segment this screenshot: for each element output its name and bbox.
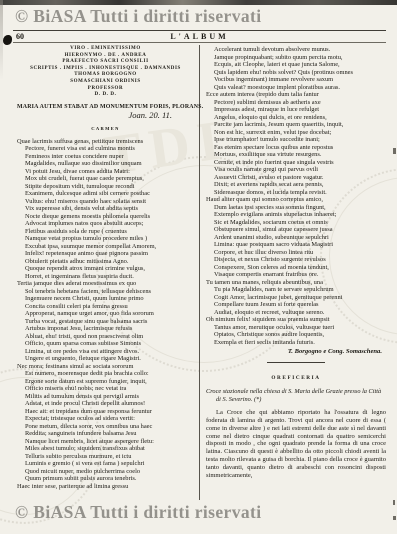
poem-line: Pectore) sublimi demissus ab aetheris ax…: [206, 99, 386, 107]
ink-blot-artifact: [3, 35, 12, 45]
poem-line: Sidereasque domos, et lucida templa revi…: [206, 189, 386, 197]
poem-line: Disjecta, et nexus Christo surgente revu…: [206, 256, 386, 264]
watermark-top: © BiASA Tutti i diritti riservati: [15, 6, 262, 27]
poem-line: Tu tamen una manes, reliquis abeuntibus,…: [206, 279, 386, 287]
poem-line: Ipse triumphator! tumulo succedite inani…: [206, 136, 386, 144]
poem-line: Haud aliter quam qui somno correptus ami…: [206, 196, 386, 204]
poem-line: Optatos, Christique sonos audire loquent…: [206, 331, 386, 339]
column-divider: [199, 45, 200, 500]
poem-line: Tertia jamque dies aderat moestissimus e…: [17, 280, 194, 288]
poem-line: Expectat; tristesque oculos ad sidera ve…: [17, 415, 194, 423]
dedication-line: HIERONYMO . DE . ANDREA: [17, 53, 194, 60]
poem-line: Mox ubi crudeli, fuerat quae caede perem…: [17, 175, 194, 183]
poem-right: Accelerant tumuli devotum absolvere munu…: [206, 46, 386, 346]
poem-line: Namque licet membris, licet atque asperg…: [17, 438, 194, 446]
poem-line: Excubat ipsa, suumque memor compellat Am…: [17, 243, 194, 251]
poem-line: Sic et Magdalides, sociarum coetus et om…: [206, 219, 386, 227]
poem-line: Abluat, ehu! tristi, quod non praesciver…: [17, 333, 194, 341]
poem-line: Angelus, eloquio qui dulcis, et ore reni…: [206, 114, 386, 122]
poem-line: Tu pia Magdalides, nam te servare sepulc…: [206, 286, 386, 294]
section-divider: [267, 362, 325, 363]
poem-line: Artubus imponat Jesu, lacrimisque refusi…: [17, 325, 194, 333]
poem-line: Jamque propinquabant; subito quum percit…: [206, 54, 386, 62]
poem-line: Horret, et ingeminans fletus suspiria du…: [17, 273, 194, 281]
poem-line: Officio miseris ehu! nobis; nec vetat ir…: [17, 385, 194, 393]
poem-line: Compellare tuum Jesum si forte querelas: [206, 301, 386, 309]
left-column: VIRO . EMINENTISSIMOHIERONYMO . DE . AND…: [17, 44, 194, 490]
poem-line: Advocat implumes natos quos abstulit auc…: [17, 220, 194, 228]
dedication-line: SOMASCHIANI ORDINIS: [17, 79, 194, 86]
poem-line: Nec mora; festinans simul ac sociata sor…: [17, 363, 194, 371]
article-paragraph: La Croce che qui abbiamo riportato ha l'…: [206, 409, 386, 479]
poem-line: Dixit; et avertens rapidis secat aera pe…: [206, 181, 386, 189]
poem-line: Exanimem, dulcesque adimi sibi cernere p…: [17, 190, 194, 198]
page-header: 60 L'ALBUM: [13, 32, 386, 42]
poem-line: Tantus amor, meruitque oculos, vultusque…: [206, 324, 386, 332]
article-heading: OREFICERIA: [206, 375, 386, 381]
poem-line: Quae lacrimis suffusa genas, petiitque t…: [17, 138, 194, 146]
poem-line: Extemplo evigilans animis stupefactus in…: [206, 211, 386, 219]
poem-line: Militis ad tumulum densis qui pervigil a…: [17, 393, 194, 401]
poem-line: Cogit Amor, lacrimisque jubet, gemituque…: [206, 294, 386, 302]
epigraph-reference: Joan. 20. 11.: [17, 110, 194, 121]
epigraph: MARIA AUTEM STABAT AD MONUMENTUM FORIS, …: [17, 104, 194, 110]
scan-edge-mark: [393, 148, 396, 154]
poem-line: Turba vocat, gestatque sinu quae balsama…: [17, 318, 194, 326]
article-subtitle: Croce stazionale nella chiesa di S. Mari…: [206, 388, 386, 403]
poem-line: Officio, quum sparsa comas subiisse Simo…: [17, 340, 194, 348]
poem-line: Magdalides, nullaque suo dissimilior unq…: [17, 160, 194, 168]
poem-line: Nocte dieque gemens moestis philomela qu…: [17, 213, 194, 221]
poem-line: Corpore, et huc illuc diverso lintea rit…: [206, 249, 386, 257]
poem-line: Stipite depositum vidit, tumuloque recon…: [17, 183, 194, 191]
dedication-line: SCRIPTIS . IMPIIS . INHONESTISQUE . DAMN…: [17, 66, 194, 73]
poem-line: Ingemuere necem Christi, quum lumine pri…: [17, 295, 194, 303]
poem-line: Accelerant tumuli devotum absolvere munu…: [206, 46, 386, 54]
dedication-block: VIRO . EMINENTISSIMOHIERONYMO . DE . AND…: [17, 44, 194, 99]
poem-line: Quis lapidem ehu! nobis solvet? Quis (pr…: [206, 69, 386, 77]
scan-edge-artifact: [0, 0, 397, 5]
poem-line: Limina: quae postquam sacro viduata Magi…: [206, 241, 386, 249]
poem-line: Impressus adest, miraque in luce refulge…: [206, 106, 386, 114]
poem-line: Est numero, moerensque dedit pia brachia…: [17, 370, 194, 378]
watermark-bottom: © BiASA Tutti i diritti riservati: [15, 502, 262, 523]
poem-line: Ardent unanimi studio, subeuntque sepulc…: [206, 234, 386, 242]
poem-line: Reddita; sanguineis infundere balsama Je…: [17, 430, 194, 438]
poem-line: Oh nimium felix! siquidem sua praemia su…: [206, 316, 386, 324]
poem-line: Obstupuere simul, simul atque capessere …: [206, 226, 386, 234]
right-column: Accelerant tumuli devotum absolvere munu…: [206, 44, 386, 479]
dedication-line: D. D. D.: [17, 92, 194, 99]
poem-line: Ungere et unguento, fletuque rigare Magi…: [17, 355, 194, 363]
poem-line: Dum laetas ipsi species sua somnia fingu…: [206, 204, 386, 212]
poem-line: Cernite, et inde pio fuerint quae singul…: [206, 159, 386, 167]
poem-line: Visaque compertis enarrant fratribus ore…: [206, 271, 386, 279]
poem-line: Assuevit Christi, avulso et pastore vaga…: [206, 174, 386, 182]
scanned-page: TDI © BiASA Tutti i diritti riservati 60…: [0, 0, 397, 534]
poem-left: Quae lacrimis suffusa genas, petiitque t…: [17, 138, 194, 491]
dedication-line: PRAEFECTO SACRI CONSILII: [17, 59, 194, 66]
poem-line: Quis valeat? moestoque implent ploratibu…: [206, 84, 386, 92]
poem-line: Vix superesse sibi, densis velut abdita …: [17, 205, 194, 213]
poem-line: Luminis e gremio ( si vera est fama ) se…: [17, 460, 194, 468]
poem-line: Concita consilii celeri pia femina gress…: [17, 303, 194, 311]
poem-line: Haec ait: et trepidans dum quae responsa…: [17, 408, 194, 416]
poem-line: Ecquis, ait Cleophe, lateri et quae junc…: [206, 61, 386, 69]
poem-line: Quod micuit nuper, medio pulcherrima coe…: [17, 468, 194, 476]
poem-line: Adstat, et inde procul Christi depellit …: [17, 400, 194, 408]
poem-line: Conspexere, Sion celeres ad moenia tendu…: [206, 264, 386, 272]
dedication-line: VIRO . EMINENTISSIMO: [17, 46, 194, 53]
poem-line: Audiat, eloquio et recreet, vultuque ser…: [206, 309, 386, 317]
poem-line: Infelix! repetensque animo quae pignora …: [17, 250, 194, 258]
poem-line: Vi potuit Jesu, divae comes addita Matri…: [17, 168, 194, 176]
dedication-line: PROFESSOR: [17, 86, 194, 93]
poem-line: Vocibus ingeminant) immane revolvere sax…: [206, 76, 386, 84]
poem-line: Telluris subito perculsus murmure, et ic…: [17, 453, 194, 461]
poem-line: Namque vetat propius tumulo procedere mi…: [17, 235, 194, 243]
poem-line: Mortuus, exsiliitque sua virtute resurge…: [206, 151, 386, 159]
scan-edge-mark: [393, 500, 395, 505]
scan-edge-mark: [393, 516, 396, 520]
poem-line: Pone metum, dilecta soror, vox omnibus u…: [17, 423, 194, 431]
poem-line: Femineos inter coetus concidere nuper: [17, 153, 194, 161]
poem-line: Quoque rependit atrox immani crimine vul…: [17, 265, 194, 273]
poem-line: Ecce autem interea (trepido dum talia fa…: [206, 91, 386, 99]
poem-line: Pectore, funerei visa est ad culmina mon…: [17, 145, 194, 153]
journal-title: L'ALBUM: [13, 32, 386, 41]
dedication-line: THOMAS BORGOGNO: [17, 72, 194, 79]
poem-heading: CARMEN: [17, 126, 194, 131]
poem-line: Sol tenebris hebetans faciem, tellusque …: [17, 288, 194, 296]
poem-line: Haec inter sese, pariterque ad limina gr…: [17, 483, 194, 491]
poem-line: Parcite jam lacrimis, Jesum quem quaerit…: [206, 121, 386, 129]
poem-line: Fletibus assiduis sola de rupe ( cruentu…: [17, 228, 194, 236]
poem-line: Limina, ut ore pedes visa est attingere …: [17, 348, 194, 356]
poem-line: Approperat, namque urget amor, quo fida …: [17, 310, 194, 318]
poem-line: Visa oculis narrate gregi qui parvus ovi…: [206, 166, 386, 174]
author-signature: T. Borgogno e Cong. Somaschena.: [206, 348, 386, 355]
poem-line: Ergone sorte datum est supremo fungier, …: [17, 378, 194, 386]
poem-line: Vultus: ehu! miseros quando haec solatia…: [17, 198, 194, 206]
poem-line: Exempla et fieri seclis imitanda futuris…: [206, 339, 386, 347]
poem-line: Miles abest tumulo; siquidem transfixus …: [17, 445, 194, 453]
poem-line: Quum primum subiit pulsis aurora tenebri…: [17, 475, 194, 483]
poem-line: Non est hic, surrexit enim, velut ipse d…: [206, 129, 386, 137]
header-rule-bottom: [13, 42, 386, 43]
poem-line: Fas etenim spectare locus quibus ante re…: [206, 144, 386, 152]
poem-line: Obtulerit pietatis adhuc mitissima Agno.: [17, 258, 194, 266]
